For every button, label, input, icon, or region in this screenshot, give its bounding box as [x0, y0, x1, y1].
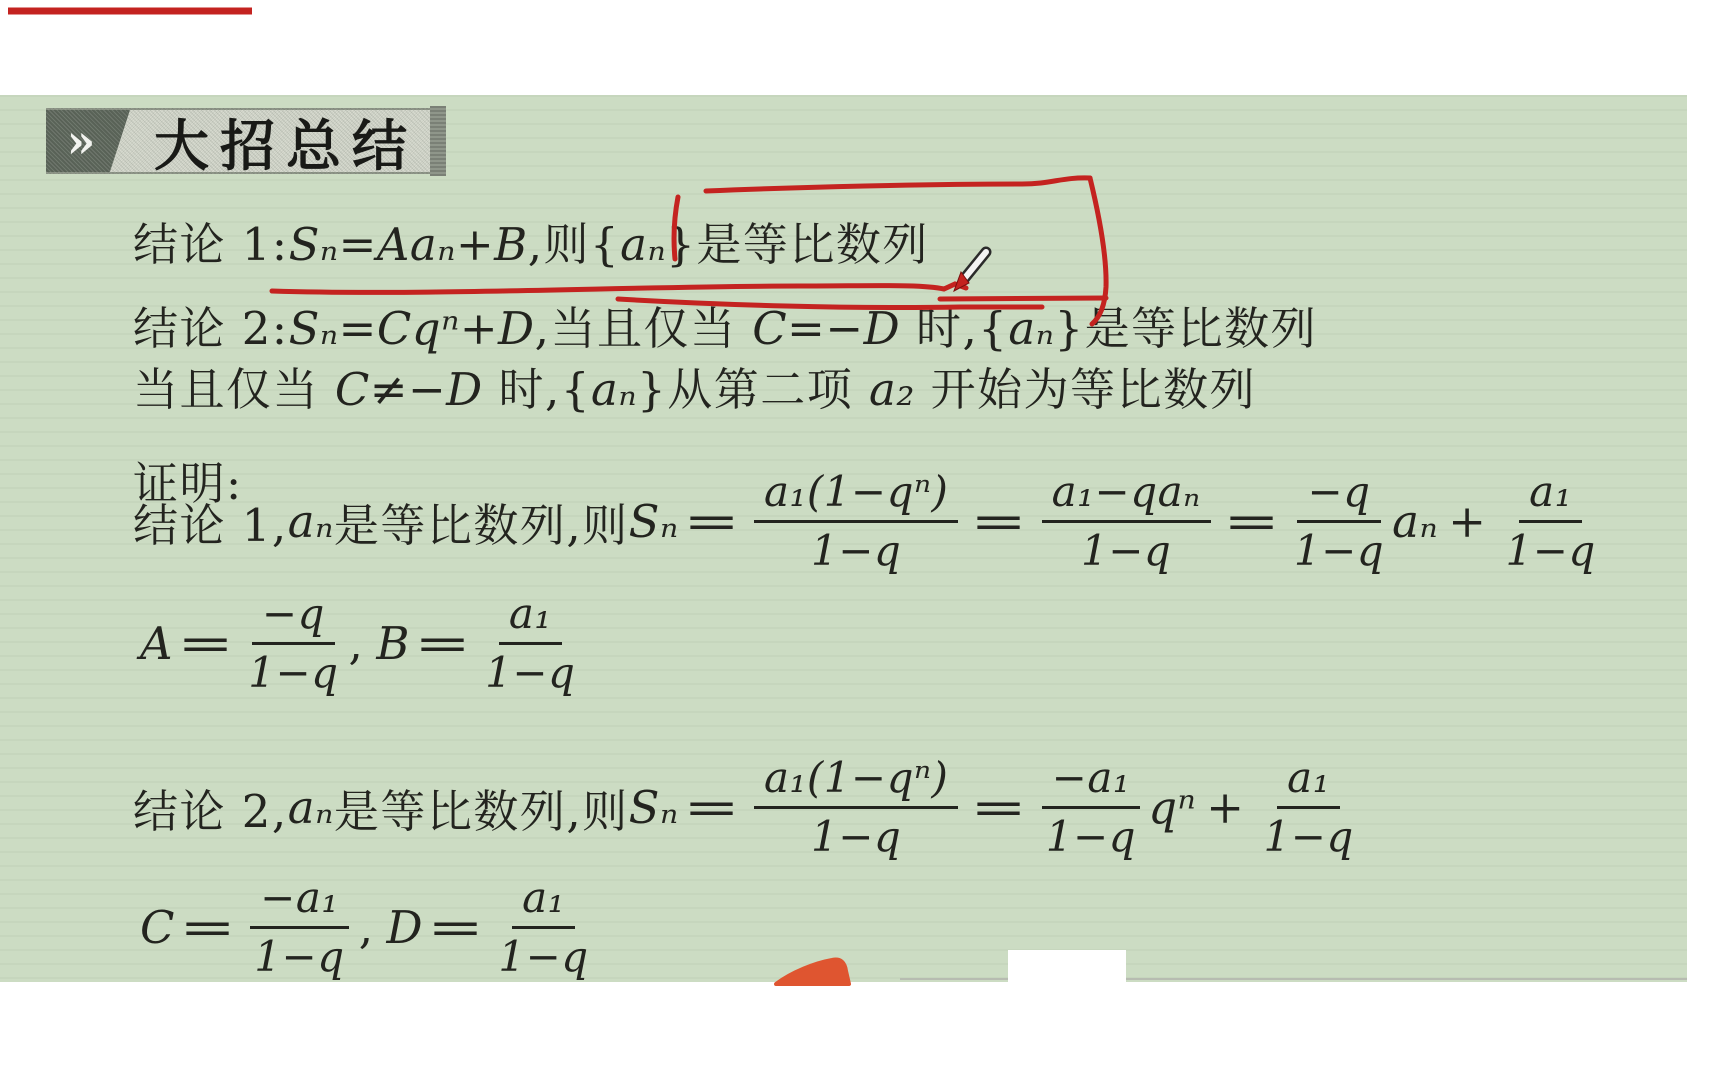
conclusion-2-label: 结论 2: [133, 302, 289, 355]
proof-1-formula: 结论 1,aₙ 是等比数列,则 Sₙ = a₁(1−qⁿ)1−q = a₁−qa… [133, 465, 1604, 577]
fraction: −q1−q [1294, 469, 1384, 573]
fraction: −q1−q [248, 591, 338, 695]
conclusion-2-formula: Sₙ=Cqⁿ+D [289, 302, 535, 355]
fraction: a₁(1−qⁿ)1−q [754, 755, 958, 859]
fraction: −a₁1−q [1042, 755, 1141, 859]
screenshot-root: { "page": { "background": "#ffffff", "sl… [0, 0, 1728, 1080]
double-chevron-icon: » [46, 110, 130, 172]
conclusion-1-formula: Sₙ=Aaₙ+B [289, 218, 528, 271]
fraction: −a₁1−q [250, 875, 349, 979]
fraction: a₁1−q [1505, 469, 1595, 573]
fraction: a₁1−q [485, 591, 575, 695]
banner-end-tab [430, 106, 446, 176]
conclusion-1-line: 结论 1:Sₙ=Aaₙ+B,则{aₙ}是等比数列 [133, 208, 929, 273]
page-title: 大招总结 [154, 102, 418, 181]
lecture-slide: » 大招总结 结论 1:Sₙ=Aaₙ+B,则{aₙ}是等比数列 结论 2:Sₙ=… [0, 95, 1687, 982]
conclusion-1-label: 结论 1: [133, 218, 289, 271]
proof-2-formula: 结论 2,aₙ 是等比数列,则 Sₙ = a₁(1−qⁿ)1−q = −a₁1−… [133, 748, 1362, 866]
cd-values-formula: C = −a₁1−q , D = a₁1−q [140, 871, 597, 983]
fraction: a₁1−q [498, 875, 588, 979]
fraction: a₁−qaₙ1−q [1042, 469, 1211, 573]
fraction: a₁(1−qⁿ)1−q [754, 469, 958, 573]
bottom-white-notch [1008, 950, 1126, 982]
conclusion-2-line: 结论 2:Sₙ=Cqⁿ+D,当且仅当 C=−D 时,{aₙ}是等比数列 [133, 292, 1317, 357]
fraction: a₁1−q [1263, 755, 1353, 859]
ab-values-formula: A = −q1−q , B = a₁1−q [140, 587, 583, 699]
header-banner: » 大招总结 [46, 108, 446, 174]
conclusion-2b-line: 当且仅当 C≠−D 时,{aₙ}从第二项 a₂ 开始为等比数列 [133, 353, 1256, 418]
